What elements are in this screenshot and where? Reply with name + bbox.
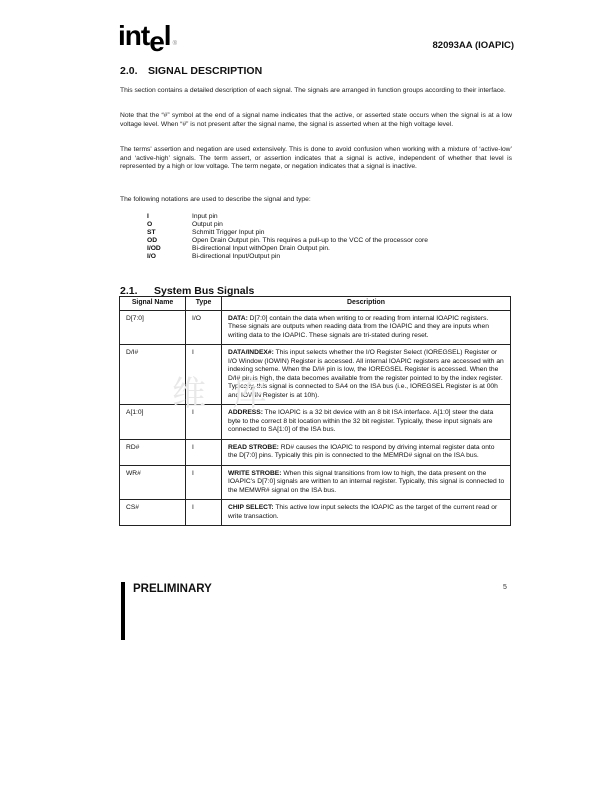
notation-meaning: Input pin [192, 213, 218, 221]
type-cell: I [186, 500, 222, 526]
table-row: RD# I READ STROBE: RD# causes the IOAPIC… [120, 439, 511, 465]
intel-logo: intel® [118, 22, 176, 50]
description-title: READ STROBE: [228, 444, 279, 451]
system-bus-signals-table: Signal Name Type Description D[7:0] I/O … [119, 296, 511, 526]
registered-mark: ® [173, 41, 176, 47]
column-header-type: Type [186, 297, 222, 311]
intro-paragraph: This section contains a detailed descrip… [120, 87, 512, 96]
notation-code: I/O [147, 253, 192, 261]
section-number: 2.0. [120, 65, 148, 77]
description-text: D[7:0] contain the data when writing to … [228, 315, 489, 339]
description-text: The IOAPIC is a 32 bit device with an 8 … [228, 409, 493, 433]
notation-meaning: Bi-directional Input/Output pin [192, 253, 280, 261]
description-text: This input selects whether the I/O Regis… [228, 349, 504, 399]
type-cell: I [186, 405, 222, 440]
page-number: 5 [503, 584, 507, 591]
table-header-row: Signal Name Type Description [120, 297, 511, 311]
notation-meaning: Open Drain Output pin. This requires a p… [192, 237, 428, 245]
type-cell: I [186, 345, 222, 405]
signal-name-cell: CS# [120, 500, 186, 526]
signal-name-cell: D/I# [120, 345, 186, 405]
preliminary-label: PRELIMINARY [133, 583, 212, 595]
logo-text-e: e [149, 28, 164, 56]
signal-name-cell: RD# [120, 439, 186, 465]
notation-code: ST [147, 229, 192, 237]
notation-item: ODOpen Drain Output pin. This requires a… [147, 237, 428, 245]
description-cell: READ STROBE: RD# causes the IOAPIC to re… [222, 439, 511, 465]
notation-item: I/ODBi-directional Input withOpen Drain … [147, 245, 428, 253]
signal-name-cell: WR# [120, 465, 186, 500]
description-cell: DATA: D[7:0] contain the data when writi… [222, 310, 511, 345]
table-row: WR# I WRITE STROBE: When this signal tra… [120, 465, 511, 500]
description-cell: ADDRESS: The IOAPIC is a 32 bit device w… [222, 405, 511, 440]
logo-text-l: l [164, 20, 171, 51]
column-header-description: Description [222, 297, 511, 311]
notation-code: O [147, 221, 192, 229]
table-row: D[7:0] I/O DATA: D[7:0] contain the data… [120, 310, 511, 345]
description-cell: WRITE STROBE: When this signal transitio… [222, 465, 511, 500]
signal-name-cell: A[1:0] [120, 405, 186, 440]
notation-item: I/OBi-directional Input/Output pin [147, 253, 428, 261]
notation-intro-paragraph: The following notations are used to desc… [120, 196, 512, 205]
table-row: D/I# I DATA/INDEX#: This input selects w… [120, 345, 511, 405]
description-cell: DATA/INDEX#: This input selects whether … [222, 345, 511, 405]
hash-note-paragraph: Note that the “#” symbol at the end of a… [120, 112, 512, 129]
section-title: SIGNAL DESCRIPTION [148, 65, 262, 77]
description-title: CHIP SELECT: [228, 504, 274, 511]
signal-name-cell: D[7:0] [120, 310, 186, 345]
column-header-signal-name: Signal Name [120, 297, 186, 311]
type-cell: I/O [186, 310, 222, 345]
notation-item: IInput pin [147, 213, 428, 221]
notation-item: STSchmitt Trigger Input pin [147, 229, 428, 237]
type-cell: I [186, 465, 222, 500]
notation-item: OOutput pin [147, 221, 428, 229]
document-id: 82093AA (IOAPIC) [433, 40, 514, 51]
notation-meaning: Output pin [192, 221, 223, 229]
description-title: WRITE STROBE: [228, 470, 282, 477]
type-cell: I [186, 439, 222, 465]
table-row: A[1:0] I ADDRESS: The IOAPIC is a 32 bit… [120, 405, 511, 440]
description-title: DATA/INDEX#: [228, 349, 274, 356]
table-row: CS# I CHIP SELECT: This active low input… [120, 500, 511, 526]
notation-meaning: Bi-directional Input withOpen Drain Outp… [192, 245, 330, 253]
notation-meaning: Schmitt Trigger Input pin [192, 229, 264, 237]
description-title: ADDRESS: [228, 409, 263, 416]
description-cell: CHIP SELECT: This active low input selec… [222, 500, 511, 526]
notation-code: I/OD [147, 245, 192, 253]
logo-text: int [118, 20, 149, 51]
assertion-paragraph: The terms' assertion and negation are us… [120, 146, 512, 172]
description-title: DATA: [228, 315, 248, 322]
notation-list: IInput pin OOutput pin STSchmitt Trigger… [147, 213, 428, 261]
section-heading: 2.0.SIGNAL DESCRIPTION [120, 65, 262, 77]
notation-code: I [147, 213, 192, 221]
footer-change-bar [121, 582, 125, 640]
notation-code: OD [147, 237, 192, 245]
